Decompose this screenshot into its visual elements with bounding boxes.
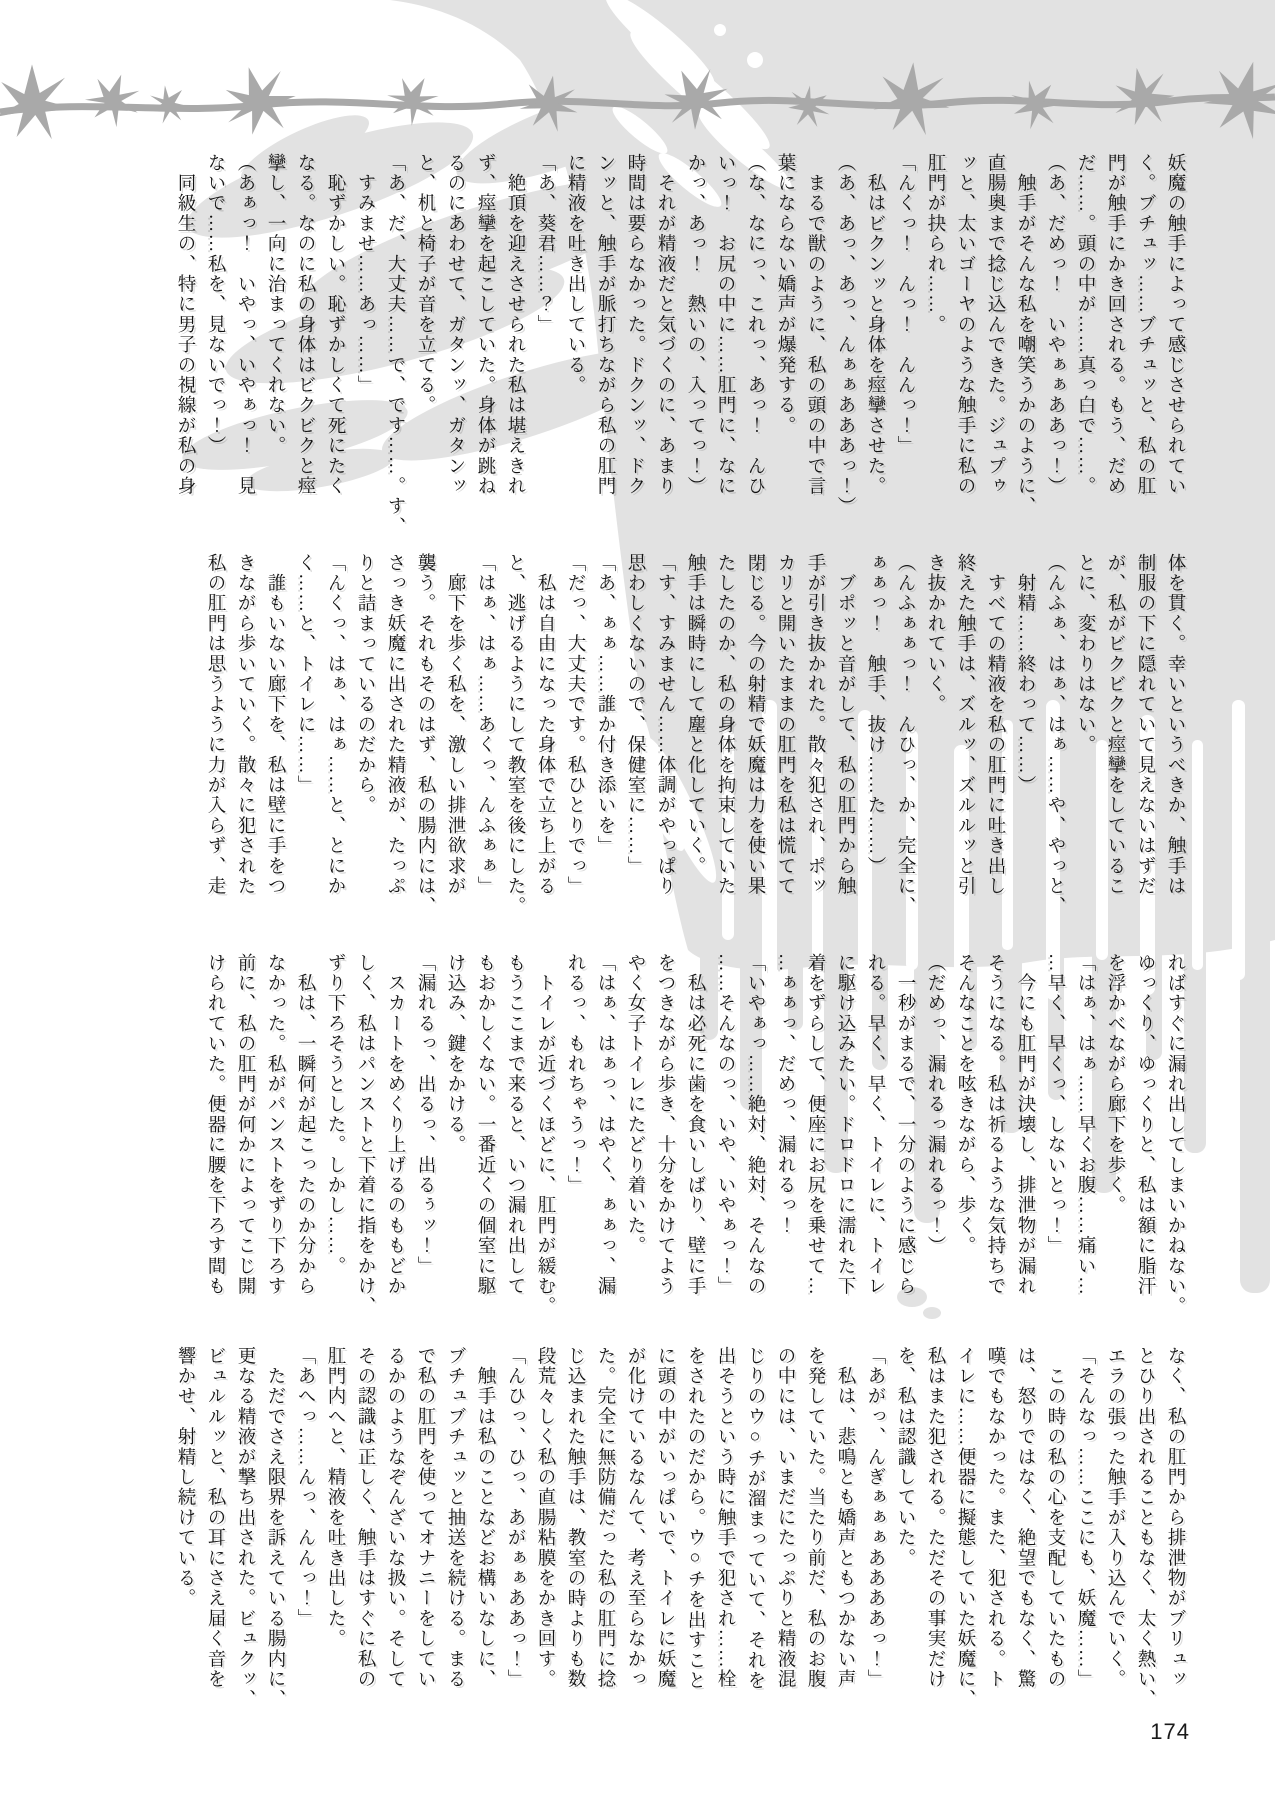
text-band-3: ればすぐに漏れ出してしまいかねない。 ゆっくり、ゆっくりと、私は額に脂汗 を浮か… xyxy=(200,953,1190,1355)
page-number: 174 xyxy=(1150,1719,1190,1745)
novel-page: 妖魔の触手によって感じさせられてい く。ブチュッ……ブチュッと、私の肛 門が触手… xyxy=(0,0,1275,1800)
text-band-4: なく、私の肛門から排泄物がブリュッ とひり出されることもなく、太く熱い、 エラの… xyxy=(170,1346,1190,1748)
text-band-2: 体を貫く。幸いというべきか、触手は 制服の下に隠れていて見えないはずだ が、私が… xyxy=(200,553,1190,955)
text-band-1: 妖魔の触手によって感じさせられてい く。ブチュッ……ブチュッと、私の肛 門が触手… xyxy=(170,153,1190,555)
